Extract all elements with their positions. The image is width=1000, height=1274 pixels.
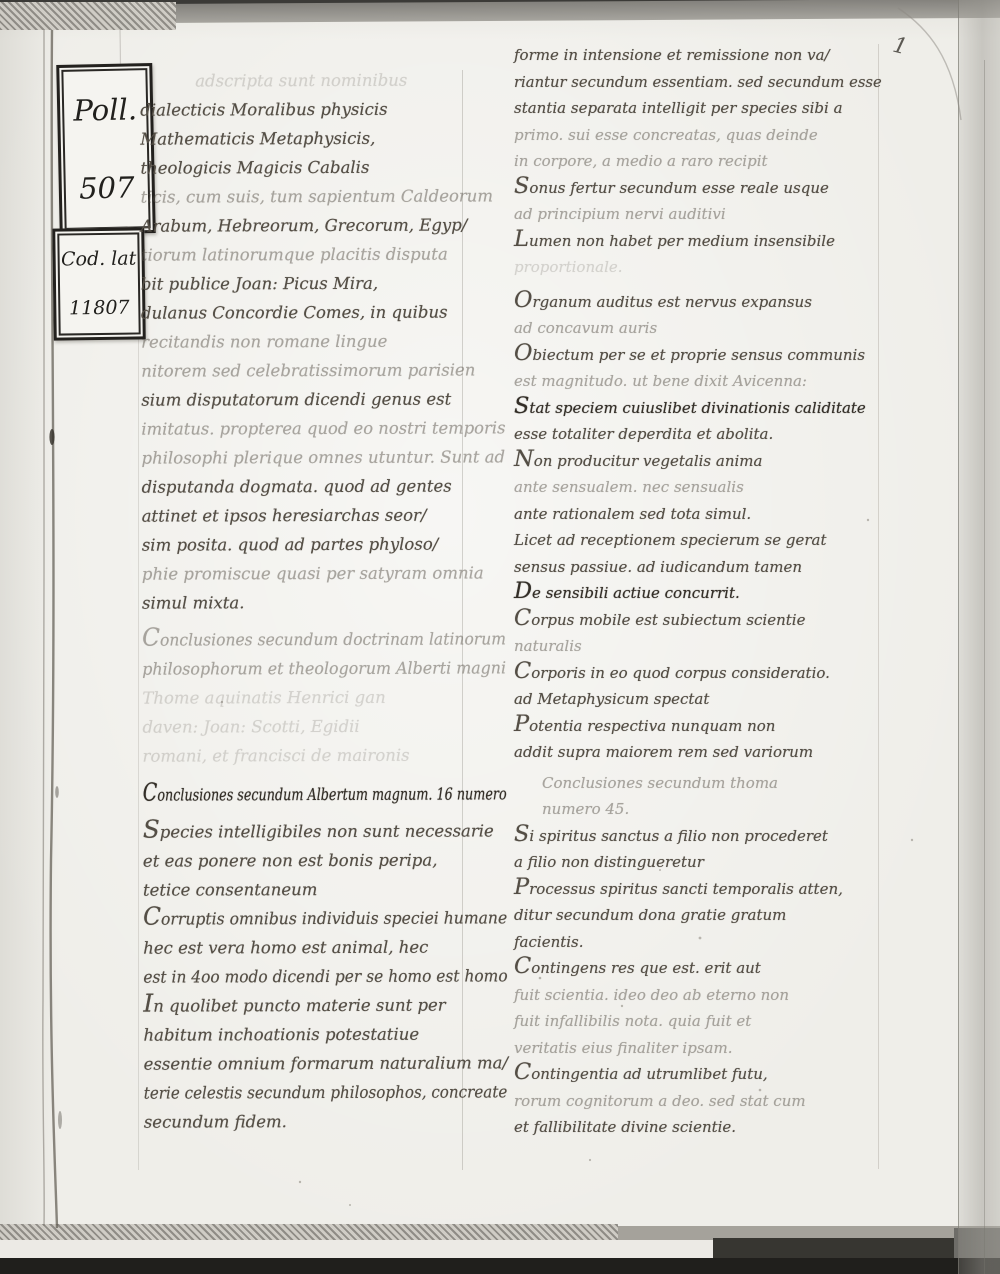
manuscript-column-right: forme in intensione et remissione non va… [514,42,882,1141]
manuscript-line: Contingens res que est. erit aut [514,955,882,982]
manuscript-line: numero 45. [542,796,882,823]
manuscript-line: ad Metaphysicum spectat [514,686,882,713]
manuscript-line: in corpore, a medio a raro recipit [514,148,882,175]
manuscript-line: daven: Joan: Scotti, Egidii [142,711,506,741]
manuscript-line: philosophi plerique omnes utuntur. Sunt … [141,442,505,472]
manuscript-line: Species intelligibiles non sunt necessar… [143,816,507,846]
manuscript-column-left: adscripta sunt nominibusdialecticis Mora… [140,65,508,1136]
manuscript-line: attinet et ipsos heresiarchas seor/ [142,500,506,530]
manuscript-line: a filio non distingueretur [514,849,882,876]
shelfmark-collection: Poll. [73,95,137,125]
page-right-edge-line [984,60,985,1274]
manuscript-line: Conclusiones secundum Albertum magnum. 1… [143,780,424,810]
manuscript-line: Sonus fertur secundum esse reale usque [514,175,882,202]
manuscript-line: ante sensualem. nec sensualis [514,474,882,501]
manuscript-line: stantia separata intelligit per species … [514,95,882,122]
manuscript-line: Corpus mobile est subiectum scientie [514,607,882,634]
manuscript-line: phie promiscue quasi per satyram omnia [142,558,506,588]
shelfmark-label-cod-lat: Cod. lat 11807 [52,227,146,340]
manuscript-line: veritatis eius finaliter ipsam. [514,1035,882,1062]
manuscript-line: tetice consentaneum [143,874,507,904]
manuscript-line: hec est vera homo est animal, hec [143,932,507,962]
manuscript-line: De sensibili actiue concurrit. [514,580,882,607]
manuscript-line: Contingentia ad utrumlibet futu, [514,1061,882,1088]
manuscript-line: et eas ponere non est bonis peripa, [143,845,507,875]
manuscript-line: Si spiritus sanctus a filio non proceder… [514,823,882,850]
manuscript-line: Arabum, Hebreorum, Grecorum, Egyp/ [141,210,505,240]
manuscript-line: Conclusiones secundum thoma [542,770,882,797]
manuscript-line: habitum inchoationis potestatiue [143,1019,507,1049]
manuscript-line: sensus passiue. ad iudicandum tamen [514,554,882,581]
manuscript-line: simul mixta. [142,587,506,617]
manuscript-line: sim posita. quod ad partes phyloso/ [142,529,506,559]
binding-cloth-top [0,2,176,30]
manuscript-line: recitandis non romane lingue [141,326,505,356]
manuscript-line: ticis, cum suis, tum sapientum Caldeorum [141,181,505,211]
manuscript-line: Potentia respectiva nunquam non [514,713,882,740]
manuscript-line: dialecticis Moralibus physicis [140,94,504,124]
manuscript-line: terie celestis secundum philosophos, con… [144,1077,478,1107]
manuscript-line: forme in intensione et remissione non va… [514,42,882,69]
column-rule-left [138,300,139,1170]
shelfmark-number: 11807 [69,299,130,319]
manuscript-line: ad principium nervi auditivi [514,201,882,228]
manuscript-line: imitatus. propterea quod eo nostri tempo… [141,413,502,443]
manuscript-line: ad concavum auris [514,315,882,342]
manuscript-line: bit publice Joan: Picus Mira, [141,268,505,298]
manuscript-line: Non producitur vegetalis anima [514,448,882,475]
shelfmark-number: 507 [79,173,135,203]
manuscript-line: secundum fidem. [144,1106,508,1136]
manuscript-line: addit supra maiorem rem sed variorum [514,739,882,766]
manuscript-line: Thome aquinatis Henrici gan [142,682,506,712]
manuscript-line: theologicis Magicis Cabalis [140,152,504,182]
manuscript-line: primo. sui esse concreatas, quas deinde [514,122,882,149]
manuscript-line: adscripta sunt nominibus [195,65,504,95]
manuscript-line: romani, et francisci de maironis [142,740,506,770]
manuscript-line: Lumen non habet per medium insensibile [514,228,882,255]
manuscript-line: Organum auditus est nervus expansus [514,289,882,316]
manuscript-line: facientis. [514,929,882,956]
shelfmark-label-inner-border: Poll. 507 [61,68,150,230]
manuscript-line: fuit scientia. ideo deo ab eterno non [514,982,882,1009]
manuscript-line: ditur secundum dona gratie gratum [514,902,882,929]
manuscript-line: naturalis [514,633,882,660]
shelfmark-label-inner-border: Cod. lat 11807 [57,232,140,335]
manuscript-line: nitorem sed celebratissimorum parisien [141,355,505,385]
manuscript-line: tiorum latinorumque placitis disputa [141,239,505,269]
manuscript-line: rorum cognitorum a deo. sed stat cum [514,1088,882,1115]
manuscript-line: Processus spiritus sancti temporalis att… [514,876,882,903]
manuscript-line: Mathematicis Metaphysicis, [140,123,504,153]
manuscript-line: Corruptis omnibus individuis speciei hum… [143,903,487,933]
manuscript-line: essentie omnium formarum naturalium ma/ [144,1048,508,1078]
manuscript-line: et fallibilitate divine scientie. [514,1114,882,1141]
manuscript-line: Corporis in eo quod corpus consideratio. [514,660,882,687]
manuscript-line: riantur secundum essentiam. sed secundum… [514,69,876,96]
manuscript-line: Conclusiones secundum doctrinam latinoru… [142,624,485,654]
manuscript-line: ante rationalem sed tota simul. [514,501,882,528]
manuscript-line: dulanus Concordie Comes, in quibus [141,297,505,327]
manuscript-line: fuit infallibilis nota. quia fuit et [514,1008,882,1035]
manuscript-line: disputanda dogmata. quod ad gentes [142,471,506,501]
manuscript-line: est in 4oo modo dicendi per se homo est … [143,961,484,991]
manuscript-line: Licet ad receptionem specierum se gerat [514,527,882,554]
manuscript-line: philosophorum et theologorum Alberti mag… [142,653,492,683]
manuscript-line: In quolibet puncto materie sunt per [143,990,507,1020]
page-right-edge [958,0,1000,1274]
manuscript-line: Stat speciem cuiuslibet divinationis cal… [514,395,882,422]
manuscript-line: sium disputatorum dicendi genus est [141,384,505,414]
shelfmark-collection: Cod. lat [61,249,137,269]
scan-bottom-edge [0,1258,1000,1274]
manuscript-line: proportionale. [514,254,882,281]
manuscript-line: est magnitudo. ut bene dixit Avicenna: [514,368,882,395]
manuscript-line: esse totaliter deperdita et abolita. [514,421,882,448]
page-bottom-edge [0,1240,726,1259]
manuscript-line: Obiectum per se et proprie sensus commun… [514,342,882,369]
